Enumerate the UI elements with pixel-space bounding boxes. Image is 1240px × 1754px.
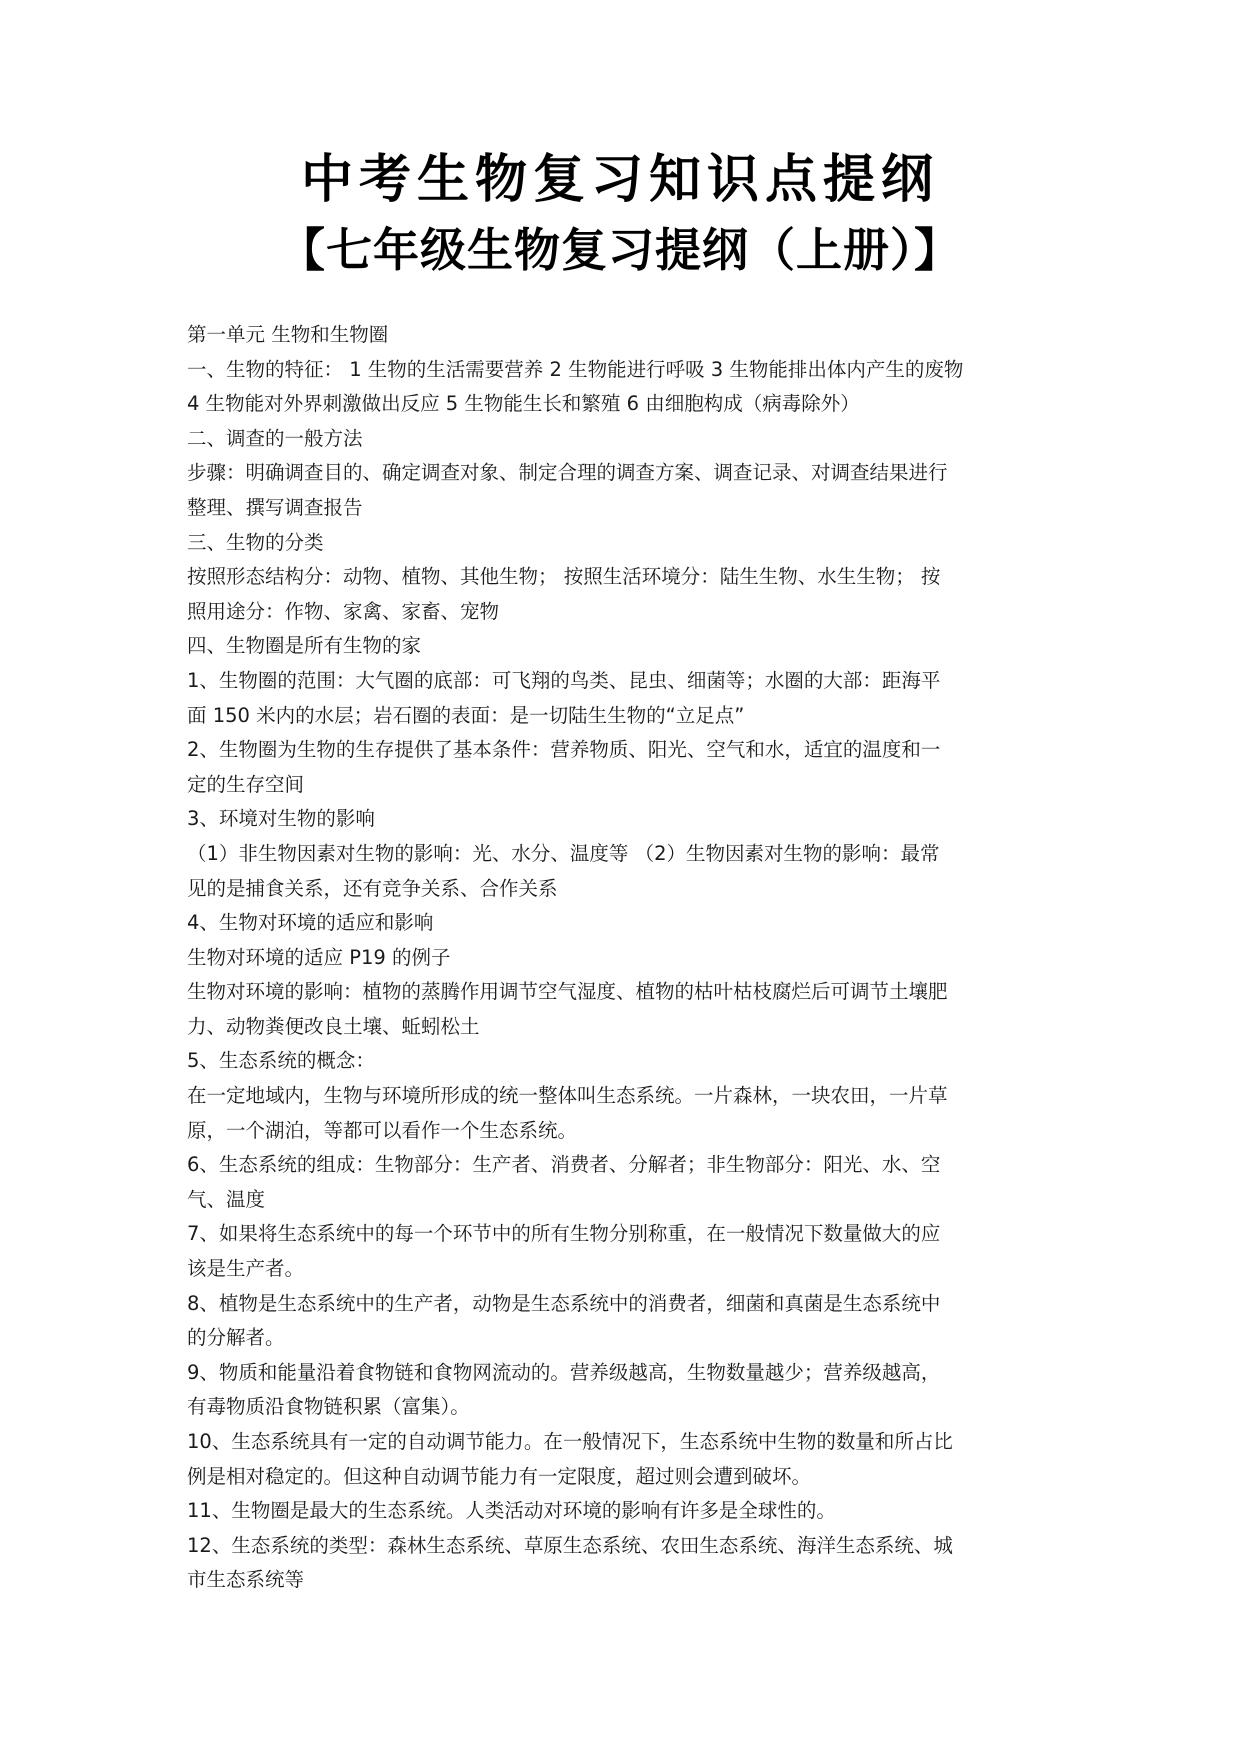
text-line: （1）非生物因素对生物的影响：光、水分、温度等 （2）生物因素对生物的影响：最常 [187, 837, 1057, 872]
text-line: 该是生产者。 [187, 1252, 1057, 1287]
section-heading-biosphere: 四、生物圈是所有生物的家 [187, 629, 1057, 664]
document-title: 中考生物复习知识点提纲 [0, 148, 1240, 212]
text-line: 按照形态结构分：动物、植物、其他生物； 按照生活环境分：陆生生物、水生生物； 按 [187, 560, 1057, 595]
document-page: 中考生物复习知识点提纲 【七年级生物复习提纲（上册）】 第一单元 生物和生物圈 … [0, 0, 1240, 1754]
text-line: 生物对环境的适应 P19 的例子 [187, 941, 1057, 976]
section-heading-classification: 三、生物的分类 [187, 526, 1057, 561]
text-line: 照用途分：作物、家禽、家畜、宠物 [187, 595, 1057, 630]
text-line: 6、生态系统的组成：生物部分：生产者、消费者、分解者；非生物部分：阳光、水、空 [187, 1148, 1057, 1183]
text-line: 8、植物是生态系统中的生产者，动物是生态系统中的消费者，细菌和真菌是生态系统中 [187, 1287, 1057, 1322]
text-line: 定的生存空间 [187, 768, 1057, 803]
text-line: 有毒物质沿食物链积累（富集）。 [187, 1390, 1057, 1425]
text-line: 4、生物对环境的适应和影响 [187, 906, 1057, 941]
text-line: 整理、撰写调查报告 [187, 491, 1057, 526]
text-line: 气、温度 [187, 1183, 1057, 1218]
text-line: 原，一个湖泊，等都可以看作一个生态系统。 [187, 1114, 1057, 1149]
text-line: 面 150 米内的水层；岩石圈的表面：是一切陆生生物的“立足点” [187, 699, 1057, 734]
text-line: 力、动物粪便改良土壤、蚯蚓松土 [187, 1010, 1057, 1045]
section-heading-characteristics: 一、生物的特征： 1 生物的生活需要营养 2 生物能进行呼吸 3 生物能排出体内… [187, 353, 1057, 388]
text-line: 见的是捕食关系，还有竞争关系、合作关系 [187, 872, 1057, 907]
text-line: 1、生物圈的范围：大气圈的底部：可飞翔的鸟类、昆虫、细菌等；水圈的大部：距海平 [187, 664, 1057, 699]
text-line: 市生态系统等 [187, 1563, 1057, 1598]
text-line: 11、生物圈是最大的生态系统。人类活动对环境的影响有许多是全球性的。 [187, 1494, 1057, 1529]
text-line: 生物对环境的影响：植物的蒸腾作用调节空气湿度、植物的枯叶枯枝腐烂后可调节土壤肥 [187, 975, 1057, 1010]
text-line: 10、生态系统具有一定的自动调节能力。在一般情况下，生态系统中生物的数量和所占比 [187, 1425, 1057, 1460]
text-line: 3、环境对生物的影响 [187, 802, 1057, 837]
unit-heading: 第一单元 生物和生物圈 [187, 318, 1057, 353]
text-line: 在一定地域内，生物与环境所形成的统一整体叫生态系统。一片森林，一块农田，一片草 [187, 1079, 1057, 1114]
text-line: 步骤：明确调查目的、确定调查对象、制定合理的调查方案、调查记录、对调查结果进行 [187, 456, 1057, 491]
text-line: 12、生态系统的类型：森林生态系统、草原生态系统、农田生态系统、海洋生态系统、城 [187, 1529, 1057, 1564]
text-line: 4 生物能对外界刺激做出反应 5 生物能生长和繁殖 6 由细胞构成（病毒除外） [187, 387, 1057, 422]
text-line: 例是相对稳定的。但这种自动调节能力有一定限度，超过则会遭到破坏。 [187, 1460, 1057, 1495]
text-line: 5、生态系统的概念： [187, 1044, 1057, 1079]
document-subtitle: 【七年级生物复习提纲（上册）】 [0, 220, 1240, 280]
document-body: 第一单元 生物和生物圈 一、生物的特征： 1 生物的生活需要营养 2 生物能进行… [187, 318, 1057, 1598]
text-line: 7、如果将生态系统中的每一个环节中的所有生物分别称重，在一般情况下数量做大的应 [187, 1217, 1057, 1252]
text-line: 9、物质和能量沿着食物链和食物网流动的。营养级越高，生物数量越少；营养级越高， [187, 1356, 1057, 1391]
text-line: 2、生物圈为生物的生存提供了基本条件：营养物质、阳光、空气和水，适宜的温度和一 [187, 733, 1057, 768]
section-heading-survey: 二、调查的一般方法 [187, 422, 1057, 457]
text-line: 的分解者。 [187, 1321, 1057, 1356]
